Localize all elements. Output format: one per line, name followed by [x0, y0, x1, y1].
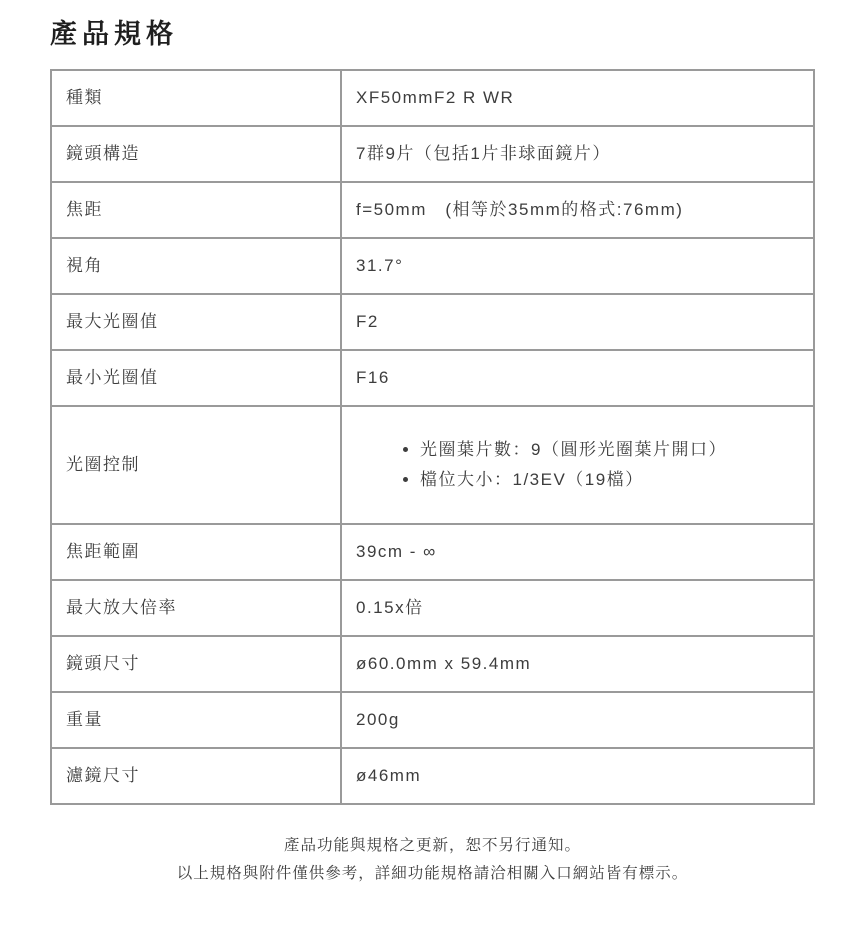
table-row: 焦距範圍 39cm - ∞ — [51, 524, 814, 580]
footer-note-line1: 產品功能與規格之更新，恕不另行通知。 — [50, 832, 815, 860]
spec-value-weight: 200g — [341, 692, 814, 748]
spec-value-max-aperture: F2 — [341, 294, 814, 350]
spec-value-focal-length: f=50mm (相等於35mm的格式:76mm) — [341, 182, 814, 238]
spec-value-lens-construction: 7群9片（包括1片非球面鏡片） — [341, 126, 814, 182]
spec-value-type: XF50mmF2 R WR — [341, 70, 814, 126]
spec-label-lens-construction: 鏡頭構造 — [51, 126, 341, 182]
aperture-control-list: 光圈葉片數：9（圓形光圈葉片開口） 檔位大小：1/3EV（19檔） — [356, 435, 799, 495]
list-item-step-size: 檔位大小：1/3EV（19檔） — [420, 465, 799, 495]
table-row: 最小光圈值 F16 — [51, 350, 814, 406]
spec-label-max-magnification: 最大放大倍率 — [51, 580, 341, 636]
spec-label-weight: 重量 — [51, 692, 341, 748]
list-item-blades: 光圈葉片數：9（圓形光圈葉片開口） — [420, 435, 799, 465]
spec-label-filter-size: 濾鏡尺寸 — [51, 748, 341, 804]
spec-value-focus-range: 39cm - ∞ — [341, 524, 814, 580]
spec-label-angle-of-view: 視角 — [51, 238, 341, 294]
page-title: 產品規格 — [50, 18, 815, 50]
table-row: 最大光圈值 F2 — [51, 294, 814, 350]
spec-value-dimensions: ø60.0mm x 59.4mm — [341, 636, 814, 692]
spec-label-focus-range: 焦距範圍 — [51, 524, 341, 580]
table-row: 種類 XF50mmF2 R WR — [51, 70, 814, 126]
spec-label-min-aperture: 最小光圈值 — [51, 350, 341, 406]
spec-table: 種類 XF50mmF2 R WR 鏡頭構造 7群9片（包括1片非球面鏡片） 焦距… — [50, 69, 815, 805]
table-row: 光圈控制 光圈葉片數：9（圓形光圈葉片開口） 檔位大小：1/3EV（19檔） — [51, 406, 814, 524]
spec-label-type: 種類 — [51, 70, 341, 126]
table-row: 鏡頭尺寸 ø60.0mm x 59.4mm — [51, 636, 814, 692]
spec-value-angle-of-view: 31.7° — [341, 238, 814, 294]
footer-note-line2: 以上規格與附件僅供參考，詳細功能規格請洽相關入口網站皆有標示。 — [50, 860, 815, 888]
spec-label-focal-length: 焦距 — [51, 182, 341, 238]
product-spec-page: 產品規格 種類 XF50mmF2 R WR 鏡頭構造 7群9片（包括1片非球面鏡… — [0, 0, 850, 926]
spec-value-max-magnification: 0.15x倍 — [341, 580, 814, 636]
spec-label-aperture-control: 光圈控制 — [51, 406, 341, 524]
footer-notes: 產品功能與規格之更新，恕不另行通知。 以上規格與附件僅供參考，詳細功能規格請洽相… — [50, 832, 815, 888]
table-row: 視角 31.7° — [51, 238, 814, 294]
spec-value-filter-size: ø46mm — [341, 748, 814, 804]
table-row: 鏡頭構造 7群9片（包括1片非球面鏡片） — [51, 126, 814, 182]
table-row: 重量 200g — [51, 692, 814, 748]
table-row: 最大放大倍率 0.15x倍 — [51, 580, 814, 636]
table-row: 濾鏡尺寸 ø46mm — [51, 748, 814, 804]
table-row: 焦距 f=50mm (相等於35mm的格式:76mm) — [51, 182, 814, 238]
spec-label-max-aperture: 最大光圈值 — [51, 294, 341, 350]
spec-value-min-aperture: F16 — [341, 350, 814, 406]
spec-value-aperture-control: 光圈葉片數：9（圓形光圈葉片開口） 檔位大小：1/3EV（19檔） — [341, 406, 814, 524]
spec-label-dimensions: 鏡頭尺寸 — [51, 636, 341, 692]
